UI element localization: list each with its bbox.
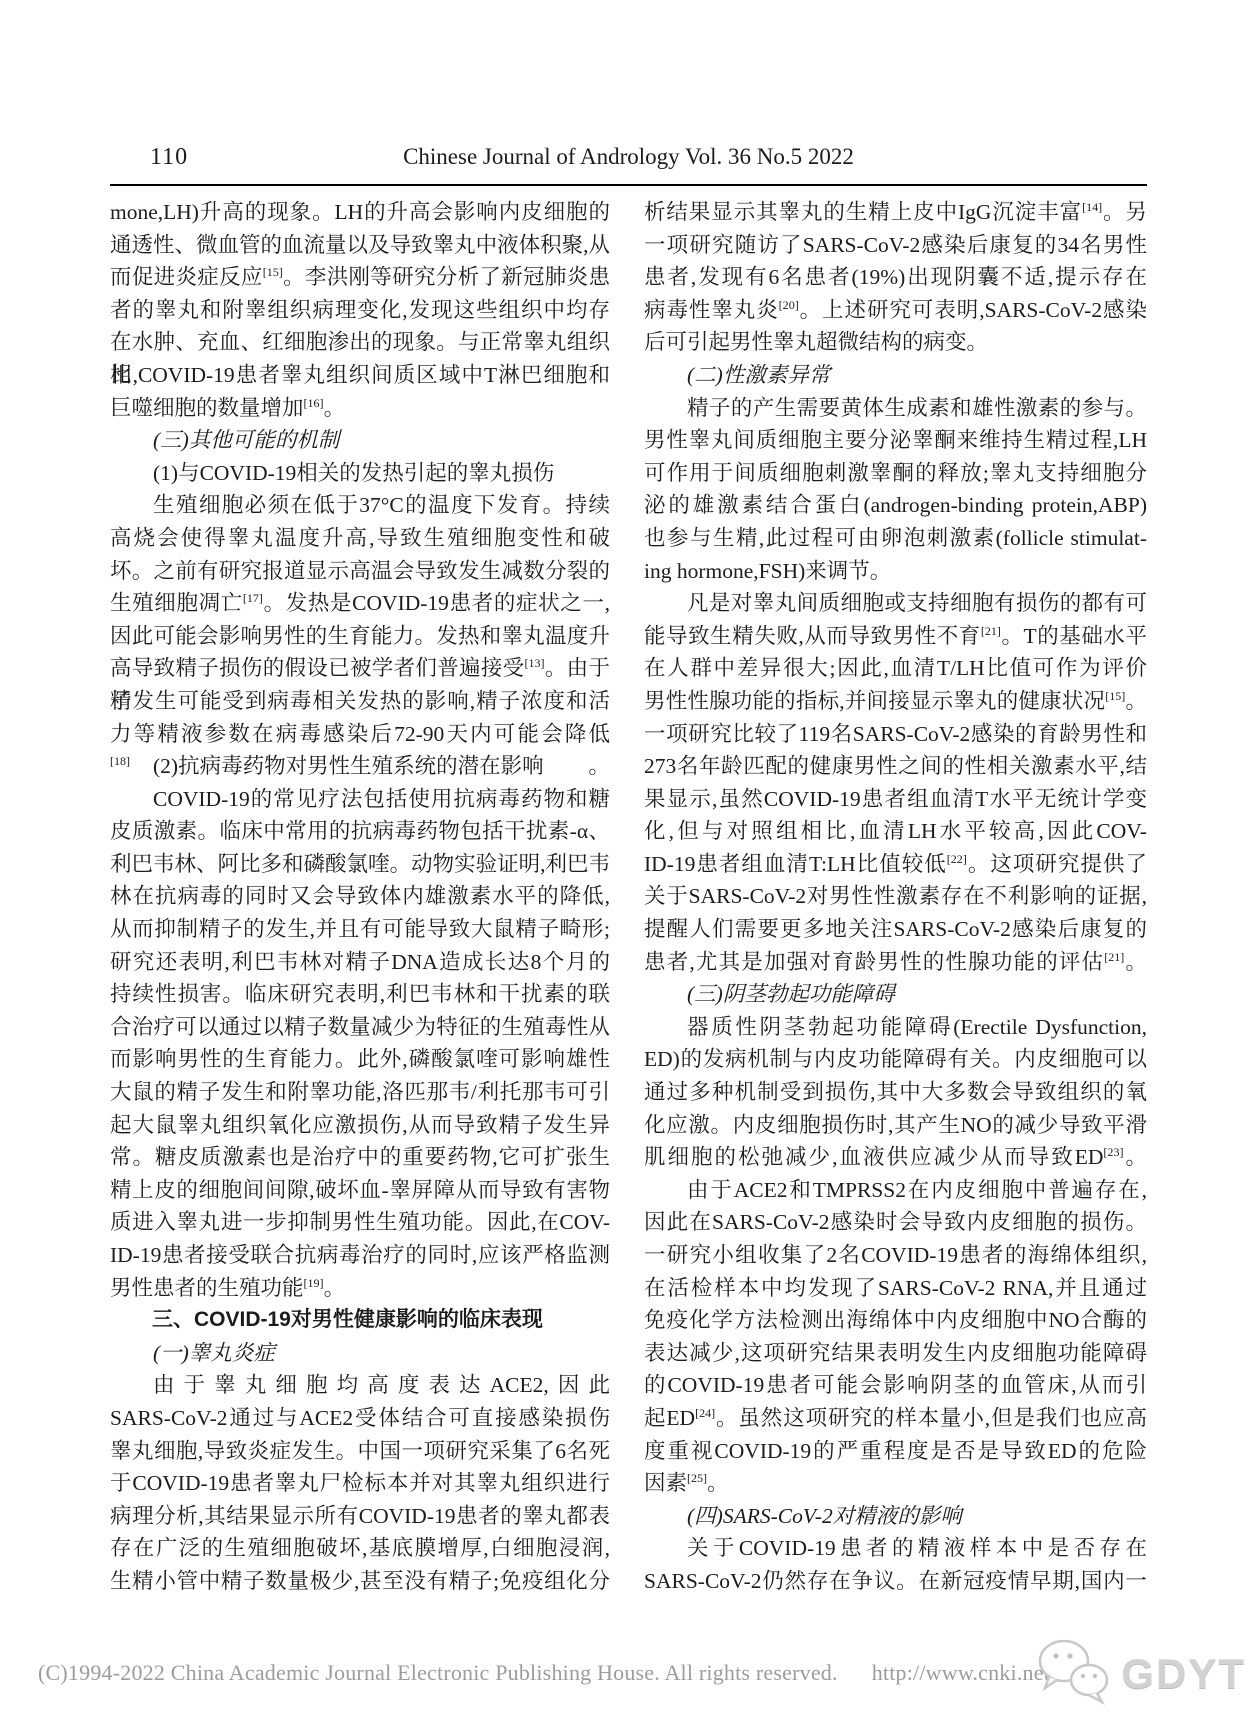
text-line: 也参与生精,此过程可由卵泡刺激素(follicle stimulat- bbox=[644, 522, 1147, 555]
text-line: SARS-CoV-2仍然存在争议。在新冠疫情早期,国内一 bbox=[644, 1565, 1147, 1598]
text-line: 生殖细胞必须在低于37°C的温度下发育。持续 bbox=[110, 489, 610, 522]
journal-title: Chinese Journal of Andrology Vol. 36 No.… bbox=[110, 144, 1147, 170]
text-line: 肌细胞的松弛减少,血液供应减少从而导致ED[23]。 bbox=[644, 1141, 1147, 1174]
column-left: mone,LH)升高的现象。LH的升高会影响内皮细胞的通透性、微血管的血流量以及… bbox=[110, 196, 610, 1598]
reference-superscript: [17] bbox=[243, 591, 263, 605]
wechat-icon bbox=[1037, 1636, 1111, 1711]
text-line: 皮质激素。临床中常用的抗病毒药物包括干扰素-α、 bbox=[110, 815, 610, 848]
text-line: 一项研究随访了SARS-CoV-2感染后康复的34名男性 bbox=[644, 229, 1147, 262]
text-line: 在水肿、充血、红细胞渗出的现象。与正常睾丸组织相 bbox=[110, 326, 610, 359]
reference-superscript: [15] bbox=[1105, 689, 1125, 703]
text-line: 持续性损害。临床研究表明,利巴韦林和干扰素的联 bbox=[110, 978, 610, 1011]
text-line: 患者,发现有6名患者(19%)出现阴囊不适,提示存在 bbox=[644, 261, 1147, 294]
text-line: (1)与COVID-19相关的发热引起的睾丸损伤 bbox=[110, 457, 610, 490]
text-line: 后可引起男性睾丸超微结构的病变。 bbox=[644, 326, 1147, 359]
text-line: 而影响男性的生育能力。此外,磷酸氯喹可影响雄性 bbox=[110, 1043, 610, 1076]
text-line: 由于睾丸细胞均高度表达ACE2,因此 bbox=[110, 1369, 610, 1402]
text-line: 高导致精子损伤的假设已被学者们普遍接受[13]。由于精 bbox=[110, 652, 610, 685]
text-line: 者的睾丸和附睾组织病理变化,发现这些组织中均存 bbox=[110, 294, 610, 327]
text-line: 因素[25]。 bbox=[644, 1467, 1147, 1500]
text-line: 三、COVID-19对男性健康影响的临床表现 bbox=[110, 1304, 610, 1337]
text-line: (一)睾丸炎症 bbox=[110, 1337, 610, 1370]
text-line: 表达减少,这项研究结果表明发生内皮细胞功能障碍 bbox=[644, 1337, 1147, 1370]
text-line: 一研究小组收集了2名COVID-19患者的海绵体组织, bbox=[644, 1239, 1147, 1272]
text-line: ing hormone,FSH)来调节。 bbox=[644, 555, 1147, 588]
text-line: 可作用于间质细胞刺激睾酮的释放;睾丸支持细胞分 bbox=[644, 457, 1147, 490]
reference-superscript: [21] bbox=[1104, 950, 1124, 964]
text-line: 存在广泛的生殖细胞破坏,基底膜增厚,白细胞浸润, bbox=[110, 1532, 610, 1565]
text-line: 合治疗可以通过以精子数量减少为特征的生殖毒性从 bbox=[110, 1011, 610, 1044]
text-line: 起ED[24]。虽然这项研究的样本量小,但是我们也应高 bbox=[644, 1402, 1147, 1435]
text-line: 关于COVID-19患者的精液样本中是否存在 bbox=[644, 1532, 1147, 1565]
text-line: 力等精液参数在病毒感染后72-90天内可能会降低[18]。 bbox=[110, 718, 610, 751]
reference-superscript: [13] bbox=[524, 656, 544, 670]
text-line: (二)性激素异常 bbox=[644, 359, 1147, 392]
text-line: mone,LH)升高的现象。LH的升高会影响内皮细胞的 bbox=[110, 196, 610, 229]
text-line: 析结果显示其睾丸的生精上皮中IgG沉淀丰富[14]。另 bbox=[644, 196, 1147, 229]
text-line: 男性性腺功能的指标,并间接显示睾丸的健康状况[15]。 bbox=[644, 685, 1147, 718]
text-line: 通透性、微血管的血流量以及导致睾丸中液体积聚,从 bbox=[110, 229, 610, 262]
text-line: 化,但与对照组相比,血清LH水平较高,因此COV- bbox=[644, 815, 1147, 848]
text-line: 高烧会使得睾丸温度升高,导致生殖细胞变性和破 bbox=[110, 522, 610, 555]
text-line: 凡是对睾丸间质细胞或支持细胞有损伤的都有可 bbox=[644, 587, 1147, 620]
text-line: 273名年龄匹配的健康男性之间的性相关激素水平,结 bbox=[644, 750, 1147, 783]
text-line: 巨噬细胞的数量增加[16]。 bbox=[110, 392, 610, 425]
reference-superscript: [21] bbox=[981, 624, 1001, 638]
text-line: 病毒性睾丸炎[20]。上述研究可表明,SARS-CoV-2感染 bbox=[644, 294, 1147, 327]
reference-superscript: [22] bbox=[947, 852, 967, 866]
text-line: ID-19患者接受联合抗病毒治疗的同时,应该严格监测 bbox=[110, 1239, 610, 1272]
text-line: 子发生可能受到病毒相关发热的影响,精子浓度和活 bbox=[110, 685, 610, 718]
reference-superscript: [25] bbox=[687, 1471, 707, 1485]
text-line: 林在抗病毒的同时又会导致体内雄激素水平的降低, bbox=[110, 880, 610, 913]
text-line: 精上皮的细胞间间隙,破坏血-睾屏障从而导致有害物 bbox=[110, 1174, 610, 1207]
watermark-text: GDYT bbox=[1121, 1650, 1246, 1698]
header-rule bbox=[110, 184, 1147, 186]
text-line: 病理分析,其结果显示所有COVID-19患者的睾丸都表 bbox=[110, 1500, 610, 1533]
text-line: 男性睾丸间质细胞主要分泌睾酮来维持生精过程,LH bbox=[644, 424, 1147, 457]
text-line: ID-19患者组血清T:LH比值较低[22]。这项研究提供了 bbox=[644, 848, 1147, 881]
reference-superscript: [19] bbox=[304, 1275, 324, 1289]
cnki-url: http://www.cnki.net bbox=[872, 1660, 1050, 1685]
text-line: 由于ACE2和TMPRSS2在内皮细胞中普遍存在, bbox=[644, 1174, 1147, 1207]
footer: (C)1994-2022 China Academic Journal Elec… bbox=[38, 1660, 1050, 1686]
text-line: 生殖细胞凋亡[17]。发热是COVID-19患者的症状之一, bbox=[110, 587, 610, 620]
watermark: GDYT bbox=[1037, 1636, 1246, 1711]
reference-superscript: [15] bbox=[263, 265, 283, 279]
reference-superscript: [20] bbox=[779, 298, 799, 312]
text-line: 因此在SARS-CoV-2感染时会导致内皮细胞的损伤。 bbox=[644, 1206, 1147, 1239]
text-line: 泌的雄激素结合蛋白(androgen-binding protein,ABP) bbox=[644, 489, 1147, 522]
text-line: 常。糖皮质激素也是治疗中的重要药物,它可扩张生 bbox=[110, 1141, 610, 1174]
text-line: 提醒人们需要更多地关注SARS-CoV-2感染后康复的 bbox=[644, 913, 1147, 946]
text-line: (2)抗病毒药物对男性生殖系统的潜在影响 bbox=[110, 750, 610, 783]
text-line: 质进入睾丸进一步抑制男性生殖功能。因此,在COV- bbox=[110, 1206, 610, 1239]
text-line: 患者,尤其是加强对育龄男性的性腺功能的评估[21]。 bbox=[644, 946, 1147, 979]
text-line: 而促进炎症反应[15]。李洪刚等研究分析了新冠肺炎患 bbox=[110, 261, 610, 294]
text-line: 果显示,虽然COVID-19患者组血清T水平无统计学变 bbox=[644, 783, 1147, 816]
text-line: 男性患者的生殖功能[19]。 bbox=[110, 1272, 610, 1305]
reference-superscript: [16] bbox=[304, 395, 324, 409]
text-line: 生精小管中精子数量极少,甚至没有精子;免疫组化分 bbox=[110, 1565, 610, 1598]
column-right: 析结果显示其睾丸的生精上皮中IgG沉淀丰富[14]。另一项研究随访了SARS-C… bbox=[644, 196, 1147, 1598]
text-line: 通过多种机制受到损伤,其中大多数会导致组织的氧 bbox=[644, 1076, 1147, 1109]
text-line: (三)其他可能的机制 bbox=[110, 424, 610, 457]
text-line: 能导致生精失败,从而导致男性不育[21]。T的基础水平 bbox=[644, 620, 1147, 653]
text-line: 一项研究比较了119名SARS-CoV-2感染的育龄男性和 bbox=[644, 718, 1147, 751]
text-line: (四)SARS-CoV-2对精液的影响 bbox=[644, 1500, 1147, 1533]
text-line: 在人群中差异很大;因此,血清T/LH比值可作为评价 bbox=[644, 652, 1147, 685]
text-line: 化应激。内皮细胞损伤时,其产生NO的减少导致平滑 bbox=[644, 1109, 1147, 1142]
text-line: 器质性阴茎勃起功能障碍(Erectile Dysfunction, bbox=[644, 1011, 1147, 1044]
text-line: COVID-19的常见疗法包括使用抗病毒药物和糖 bbox=[110, 783, 610, 816]
text-line: 坏。之前有研究报道显示高温会导致发生减数分裂的 bbox=[110, 555, 610, 588]
text-line: 利巴韦林、阿比多和磷酸氯喹。动物实验证明,利巴韦 bbox=[110, 848, 610, 881]
reference-superscript: [14] bbox=[1082, 200, 1102, 214]
text-line: 研究还表明,利巴韦林对精子DNA造成长达8个月的 bbox=[110, 946, 610, 979]
text-line: 因此可能会影响男性的生育能力。发热和睾丸温度升 bbox=[110, 620, 610, 653]
text-line: ED)的发病机制与内皮功能障碍有关。内皮细胞可以 bbox=[644, 1043, 1147, 1076]
text-line: 免疫化学方法检测出海绵体中内皮细胞中NO合酶的 bbox=[644, 1304, 1147, 1337]
text-line: 起大鼠睾丸组织氧化应激损伤,从而导致精子发生异 bbox=[110, 1109, 610, 1142]
text-line: 在活检样本中均发现了SARS-CoV-2 RNA,并且通过 bbox=[644, 1272, 1147, 1305]
text-line: 从而抑制精子的发生,并且有可能导致大鼠精子畸形; bbox=[110, 913, 610, 946]
reference-superscript: [24] bbox=[695, 1406, 715, 1420]
text-line: 度重视COVID-19的严重程度是否是导致ED的危险 bbox=[644, 1435, 1147, 1468]
text-line: 比,COVID-19患者睾丸组织间质区域中T淋巴细胞和 bbox=[110, 359, 610, 392]
text-line: 于COVID-19患者睾丸尸检标本并对其睾丸组织进行 bbox=[110, 1467, 610, 1500]
text-line: 关于SARS-CoV-2对男性性激素存在不利影响的证据, bbox=[644, 880, 1147, 913]
text-line: 睾丸细胞,导致炎症发生。中国一项研究采集了6名死 bbox=[110, 1435, 610, 1468]
journal-page: 110 Chinese Journal of Andrology Vol. 36… bbox=[0, 0, 1254, 1723]
reference-superscript: [23] bbox=[1103, 1145, 1123, 1159]
reference-superscript: [18] bbox=[110, 754, 130, 768]
text-line: 精子的产生需要黄体生成素和雄性激素的参与。 bbox=[644, 392, 1147, 425]
text-line: 的COVID-19患者可能会影响阴茎的血管床,从而引 bbox=[644, 1369, 1147, 1402]
copyright-text: (C)1994-2022 China Academic Journal Elec… bbox=[38, 1660, 838, 1685]
text-line: SARS-CoV-2通过与ACE2受体结合可直接感染损伤 bbox=[110, 1402, 610, 1435]
text-line: 大鼠的精子发生和附睾功能,洛匹那韦/利托那韦可引 bbox=[110, 1076, 610, 1109]
text-line: (三)阴茎勃起功能障碍 bbox=[644, 978, 1147, 1011]
